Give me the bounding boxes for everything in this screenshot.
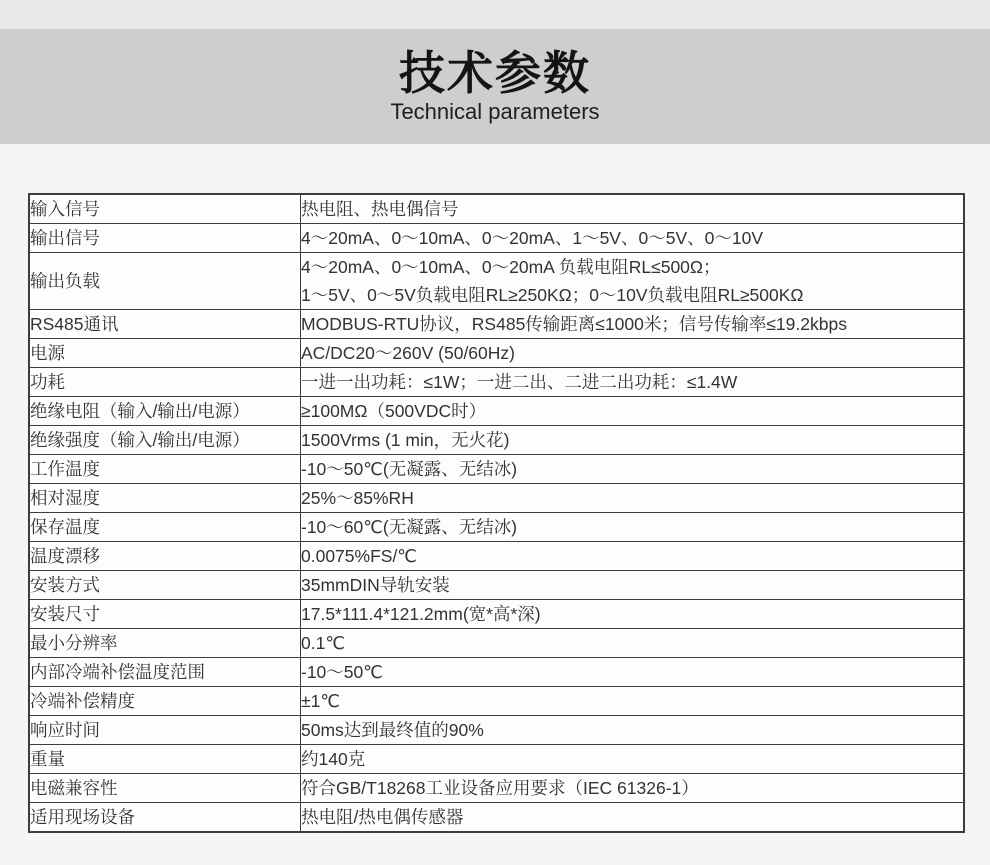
table-row: 安装尺寸 17.5*111.4*121.2mm(宽*高*深): [29, 600, 964, 629]
spec-value: ≥100MΩ（500VDC时）: [301, 397, 965, 426]
spec-label: 保存温度: [29, 513, 301, 542]
specs-table: 输入信号 热电阻、热电偶信号 输出信号 4～20mA、0～10mA、0～20mA…: [28, 193, 965, 833]
table-row: 内部冷端补偿温度范围 -10～50℃: [29, 658, 964, 687]
spec-label: 响应时间: [29, 716, 301, 745]
spec-label: 输入信号: [29, 194, 301, 224]
spec-label: 电磁兼容性: [29, 774, 301, 803]
spec-value: 4～20mA、0～10mA、0～20mA、1～5V、0～5V、0～10V: [301, 224, 965, 253]
spec-value: 1500Vrms (1 min，无火花): [301, 426, 965, 455]
spec-label: 功耗: [29, 368, 301, 397]
spec-label: 最小分辨率: [29, 629, 301, 658]
spec-label: 绝缘强度（输入/输出/电源）: [29, 426, 301, 455]
spec-label: 工作温度: [29, 455, 301, 484]
table-row: 输出负载 4～20mA、0～10mA、0～20mA 负载电阻RL≤500Ω； 1…: [29, 253, 964, 310]
table-row: 工作温度 -10～50℃(无凝露、无结冰): [29, 455, 964, 484]
spec-label: 相对湿度: [29, 484, 301, 513]
spec-value: -10～60℃(无凝露、无结冰): [301, 513, 965, 542]
spec-value: 25%～85%RH: [301, 484, 965, 513]
table-row: 电磁兼容性 符合GB/T18268工业设备应用要求（IEC 61326-1）: [29, 774, 964, 803]
spec-label: 内部冷端补偿温度范围: [29, 658, 301, 687]
spec-value: 35mmDIN导轨安装: [301, 571, 965, 600]
table-row: 温度漂移 0.0075%FS/℃: [29, 542, 964, 571]
spec-label: 适用现场设备: [29, 803, 301, 833]
spec-value: MODBUS-RTU协议，RS485传输距离≤1000米；信号传输率≤19.2k…: [301, 310, 965, 339]
table-row: 电源 AC/DC20～260V (50/60Hz): [29, 339, 964, 368]
spec-value: 4～20mA、0～10mA、0～20mA 负载电阻RL≤500Ω； 1～5V、0…: [301, 253, 965, 310]
spec-label: 安装尺寸: [29, 600, 301, 629]
spec-value: 50ms达到最终值的90%: [301, 716, 965, 745]
spec-value: 热电阻/热电偶传感器: [301, 803, 965, 833]
spec-value: AC/DC20～260V (50/60Hz): [301, 339, 965, 368]
spec-label: 温度漂移: [29, 542, 301, 571]
table-row: 重量 约140克: [29, 745, 964, 774]
section-header: 技术参数 Technical parameters: [0, 29, 990, 144]
table-row: 保存温度 -10～60℃(无凝露、无结冰): [29, 513, 964, 542]
page-title: 技术参数: [399, 49, 591, 97]
table-row: 安装方式 35mmDIN导轨安装: [29, 571, 964, 600]
specs-table-wrapper: 输入信号 热电阻、热电偶信号 输出信号 4～20mA、0～10mA、0～20mA…: [28, 193, 965, 833]
spec-value: 0.1℃: [301, 629, 965, 658]
spec-value: 符合GB/T18268工业设备应用要求（IEC 61326-1）: [301, 774, 965, 803]
spec-value: -10～50℃: [301, 658, 965, 687]
specs-table-body: 输入信号 热电阻、热电偶信号 输出信号 4～20mA、0～10mA、0～20mA…: [29, 194, 964, 832]
table-row: 绝缘强度（输入/输出/电源） 1500Vrms (1 min，无火花): [29, 426, 964, 455]
spec-label: 冷端补偿精度: [29, 687, 301, 716]
spec-value: 热电阻、热电偶信号: [301, 194, 965, 224]
spec-label: RS485通讯: [29, 310, 301, 339]
spec-value: 一进一出功耗：≤1W；一进二出、二进二出功耗：≤1.4W: [301, 368, 965, 397]
spec-value: 约140克: [301, 745, 965, 774]
table-row: 最小分辨率 0.1℃: [29, 629, 964, 658]
spec-label: 电源: [29, 339, 301, 368]
table-row: 功耗 一进一出功耗：≤1W；一进二出、二进二出功耗：≤1.4W: [29, 368, 964, 397]
spec-label: 安装方式: [29, 571, 301, 600]
spec-value: 17.5*111.4*121.2mm(宽*高*深): [301, 600, 965, 629]
table-row: 响应时间 50ms达到最终值的90%: [29, 716, 964, 745]
spec-label: 输出负载: [29, 253, 301, 310]
spec-label: 输出信号: [29, 224, 301, 253]
spec-value: 0.0075%FS/℃: [301, 542, 965, 571]
top-strip: [0, 0, 990, 29]
table-row: 绝缘电阻（输入/输出/电源） ≥100MΩ（500VDC时）: [29, 397, 964, 426]
spec-value: -10～50℃(无凝露、无结冰): [301, 455, 965, 484]
spec-label: 绝缘电阻（输入/输出/电源）: [29, 397, 301, 426]
table-row: 输入信号 热电阻、热电偶信号: [29, 194, 964, 224]
table-row: 输出信号 4～20mA、0～10mA、0～20mA、1～5V、0～5V、0～10…: [29, 224, 964, 253]
spec-value: ±1℃: [301, 687, 965, 716]
table-row: 冷端补偿精度 ±1℃: [29, 687, 964, 716]
page-subtitle: Technical parameters: [390, 100, 599, 124]
table-row: 适用现场设备 热电阻/热电偶传感器: [29, 803, 964, 833]
table-row: RS485通讯 MODBUS-RTU协议，RS485传输距离≤1000米；信号传…: [29, 310, 964, 339]
spec-label: 重量: [29, 745, 301, 774]
table-row: 相对湿度 25%～85%RH: [29, 484, 964, 513]
